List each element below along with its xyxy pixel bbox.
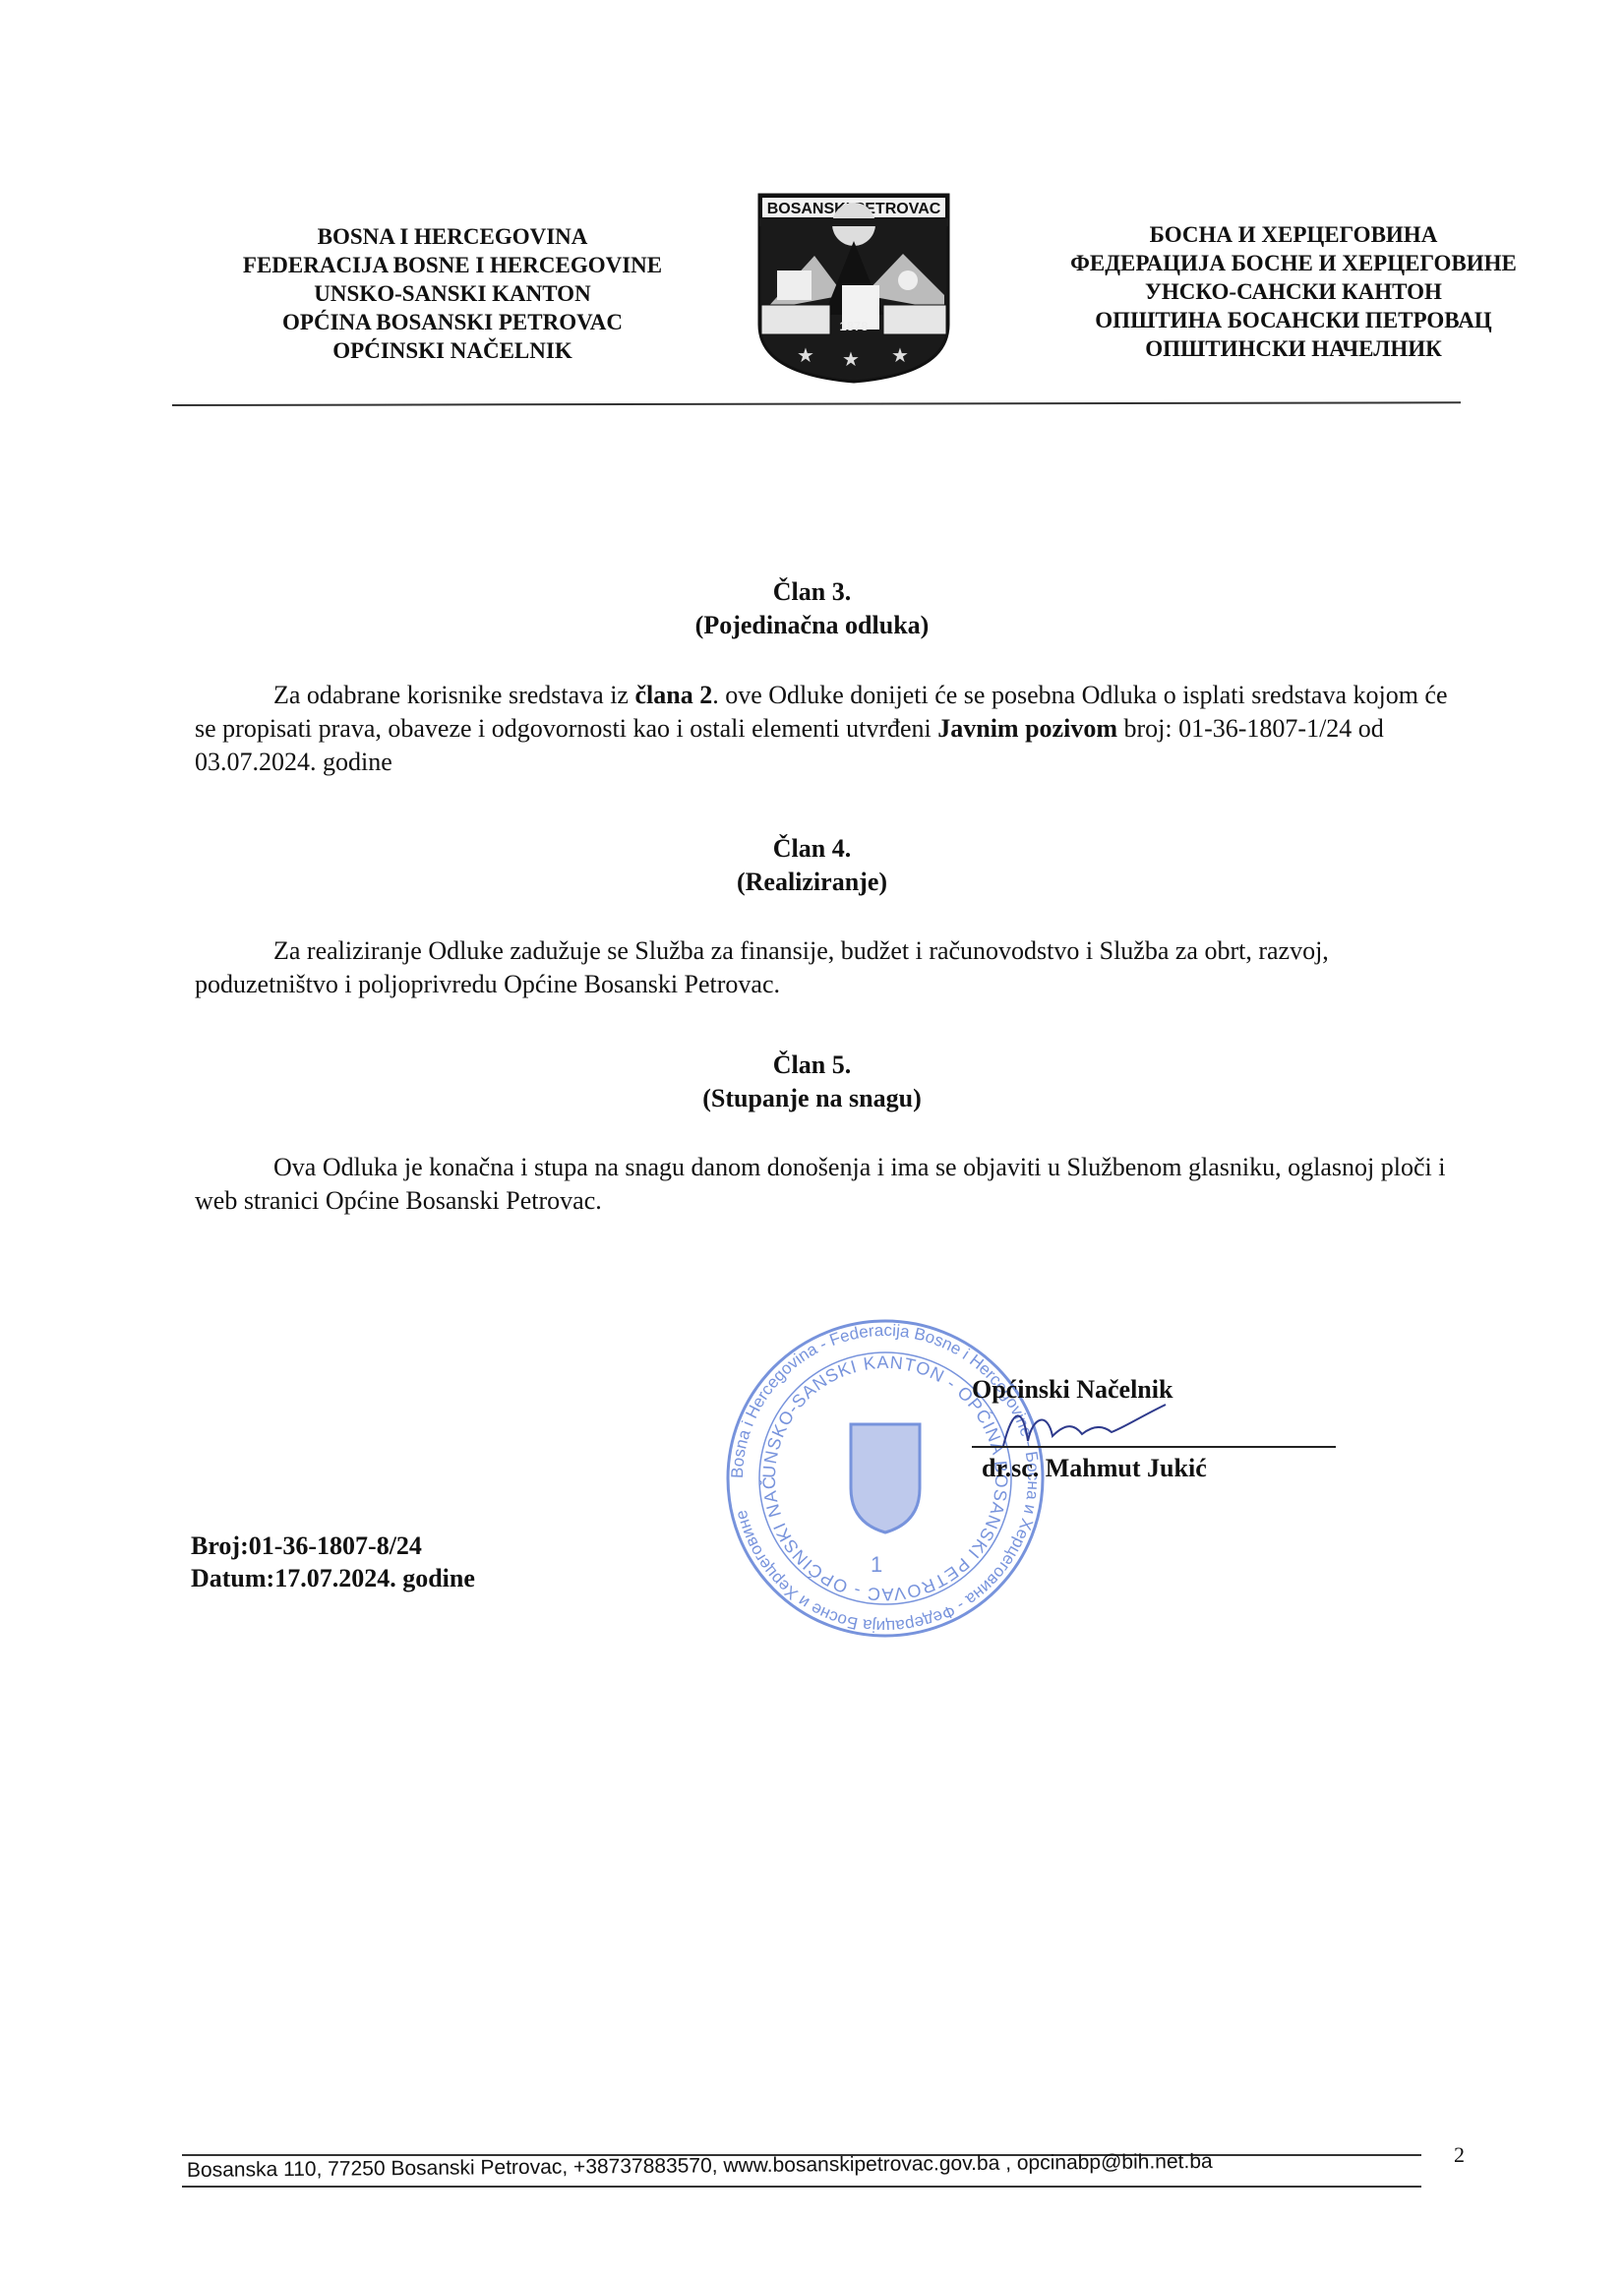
header-cyrillic: БОСНА И ХЕРЦЕГОВИНА ФЕДЕРАЦИЈА БОСНЕ И Х… xyxy=(1013,220,1574,363)
article-5-title: Član 5. xyxy=(0,1049,1624,1082)
header-line: BOSNA I HERCEGOVINA xyxy=(187,222,718,251)
article-5-subtitle: (Stupanje na snagu) xyxy=(0,1082,1624,1115)
article-3-title: Član 3. xyxy=(0,575,1624,609)
article-4-subtitle: (Realiziranje) xyxy=(0,866,1624,899)
document-meta: Broj:01-36-1807-8/24 Datum:17.07.2024. g… xyxy=(191,1530,475,1594)
page-number: 2 xyxy=(1454,2142,1465,2168)
article-3-text: Za odabrane korisnike sredstava iz člana… xyxy=(195,679,1464,779)
article-5-text: Ova Odluka je konačna i stupa na snagu d… xyxy=(195,1151,1464,1218)
header-line: ОПШТИНСКИ НАЧЕЛНИК xyxy=(1013,334,1574,363)
signature-line xyxy=(972,1446,1336,1448)
header-line: FEDERACIJA BOSNE I HERCEGOVINE xyxy=(187,251,718,279)
header-latin: BOSNA I HERCEGOVINA FEDERACIJA BOSNE I H… xyxy=(187,222,718,365)
svg-text:1878: 1878 xyxy=(840,319,869,333)
document-number: Broj:01-36-1807-8/24 xyxy=(191,1530,475,1562)
svg-text:★: ★ xyxy=(842,349,860,371)
svg-text:1: 1 xyxy=(871,1552,882,1577)
footer-divider-bottom xyxy=(182,2186,1421,2188)
municipal-crest-icon: BOSANSKI PETROVAC 1878 ★ ★ ★ xyxy=(755,187,952,384)
header-line: OPĆINA BOSANSKI PETROVAC xyxy=(187,308,718,336)
header-line: OPĆINSKI NAČELNIK xyxy=(187,336,718,365)
header-line: ФЕДЕРАЦИЈА БОСНЕ И ХЕРЦЕГОВИНЕ xyxy=(1013,249,1574,277)
article-4-text: Za realiziranje Odluke zadužuje se Služb… xyxy=(195,934,1464,1001)
svg-text:★: ★ xyxy=(891,345,909,367)
header-line: УНСКО-САНСКИ КАНТОН xyxy=(1013,277,1574,306)
signatory-name: dr.sc. Mahmut Jukić xyxy=(982,1454,1207,1483)
document-date: Datum:17.07.2024. godine xyxy=(191,1562,475,1594)
header-line: ОПШТИНА БОСАНСКИ ПЕТРОВАЦ xyxy=(1013,306,1574,334)
header-line: БОСНА И ХЕРЦЕГОВИНА xyxy=(1013,220,1574,249)
header-divider xyxy=(172,401,1461,406)
header-line: UNSKO-SANSKI KANTON xyxy=(187,279,718,308)
article-4-title: Član 4. xyxy=(0,832,1624,866)
svg-text:★: ★ xyxy=(797,345,814,367)
article-3-subtitle: (Pojedinačna odluka) xyxy=(0,609,1624,642)
